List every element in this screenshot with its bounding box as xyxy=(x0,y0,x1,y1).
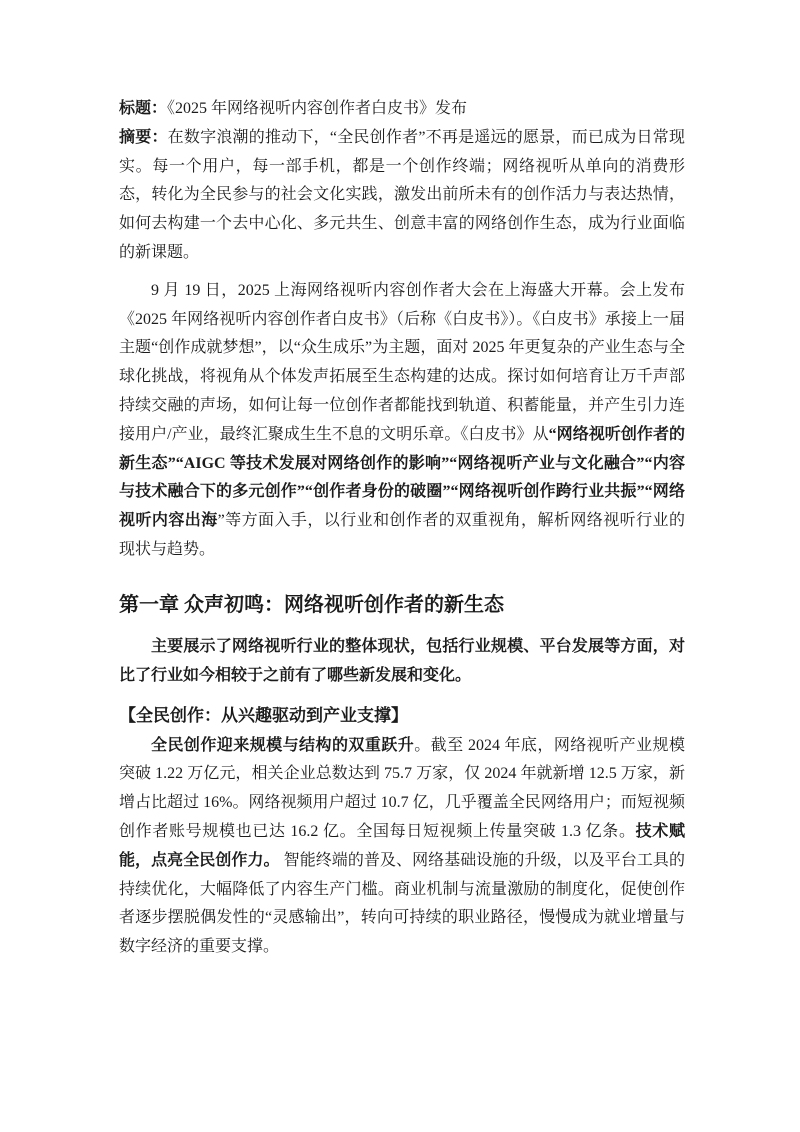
document-body: 标题：《2025 年网络视听内容创作者白皮书》发布 摘要：在数字浪潮的推动下，“… xyxy=(119,95,685,962)
doc-title-label: 标题： xyxy=(119,100,167,117)
doc-abstract-text: 在数字浪潮的推动下，“全民创作者”不再是遥远的愿景，而已成为日常现实。每一个用户… xyxy=(119,129,685,261)
section1-bold-lead: 全民创作迎来规模与结构的双重跃升 xyxy=(151,737,414,754)
doc-title-text: 《2025 年网络视听内容创作者白皮书》发布 xyxy=(167,100,467,117)
chapter1-heading: 第一章 众声初鸣：网络视听创作者的新生态 xyxy=(119,591,685,619)
section1-header: 【全民创作：从兴趣驱动到产业支撑】 xyxy=(119,702,685,729)
intro-paragraph: 9 月 19 日，2025 上海网络视听内容创作者大会在上海盛大开幕。会上发布《… xyxy=(119,277,685,565)
intro-topic-6: “网络视听创作跨行业共振” xyxy=(451,483,645,500)
intro-lead: 9 月 19 日，2025 上海网络视听内容创作者大会在上海盛大开幕。会上发布《… xyxy=(119,282,685,443)
doc-abstract-label: 摘要： xyxy=(119,129,168,146)
intro-topic-3: “网络视听产业与文化融合” xyxy=(449,455,644,472)
doc-abstract: 摘要：在数字浪潮的推动下，“全民创作者”不再是遥远的愿景，而已成为日常现实。每一… xyxy=(119,124,685,268)
doc-title-line: 标题：《2025 年网络视听内容创作者白皮书》发布 xyxy=(119,95,685,124)
intro-topic-5: “创作者身份的破圈” xyxy=(305,483,451,500)
document-page: 标题：《2025 年网络视听内容创作者白皮书》发布 摘要：在数字浪潮的推动下，“… xyxy=(0,0,800,1132)
intro-topic-2: “AIGC 等技术发展对网络创作的影响” xyxy=(176,455,449,472)
section1-paragraph: 全民创作迎来规模与结构的双重跃升。截至 2024 年底，网络视听产业规模突破 1… xyxy=(119,732,685,962)
chapter1-overview: 主要展示了网络视听行业的整体现状，包括行业规模、平台发展等方面，对比了行业如今相… xyxy=(119,633,685,691)
